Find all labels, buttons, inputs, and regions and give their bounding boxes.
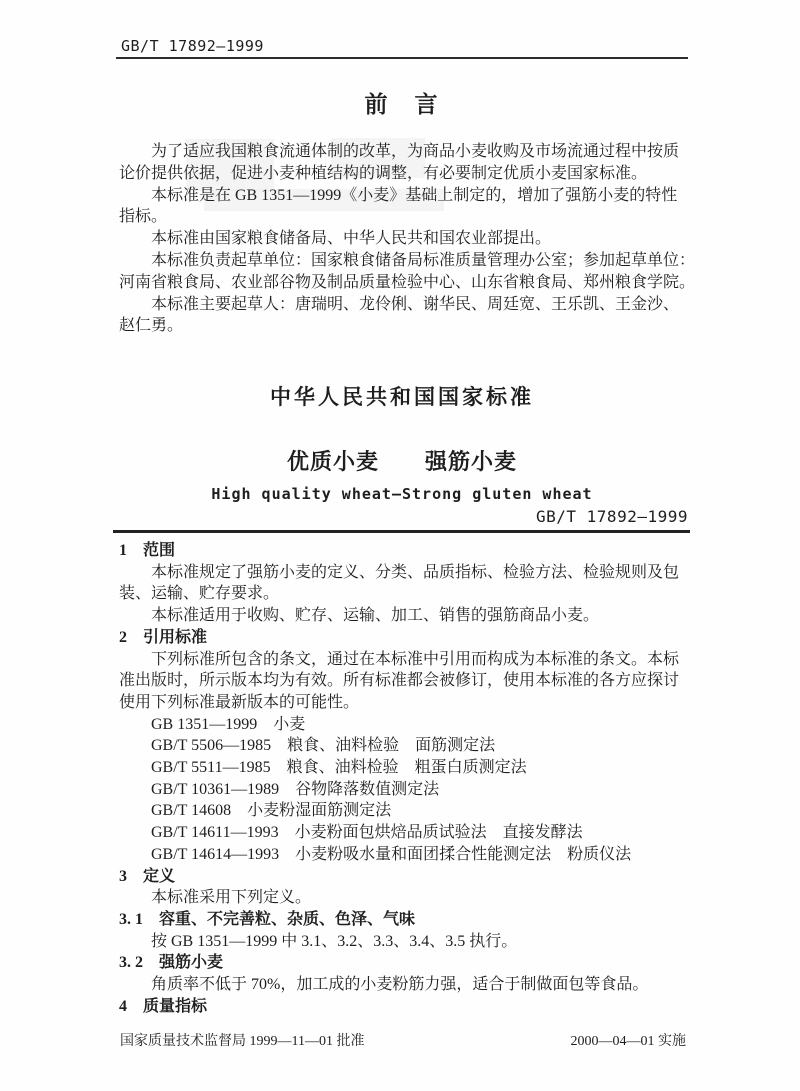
standard-title-en: High quality wheat—Strong gluten wheat [116, 485, 688, 503]
standard-code: GB/T 17892—1999 [536, 507, 688, 526]
text-line: 按 GB 1351—1999 中 3.1、3.2、3.3、3.4、3.5 执行。 [119, 931, 697, 953]
text-line: 指标。 [119, 206, 697, 228]
text-line: 本标准负责起草单位：国家粮食储备局标准质量管理办公室；参加起草单位： [119, 250, 697, 272]
text-line: 3. 1 容重、不完善粒、杂质、色泽、气味 [119, 909, 697, 931]
text-line: 2 引用标准 [119, 627, 697, 649]
text-line: 本标准适用于收购、贮存、运输、加工、销售的强筋商品小麦。 [119, 605, 697, 627]
text-line: 下列标准所包含的条文，通过在本标准中引用而构成为本标准的条文。本标 [119, 649, 697, 671]
text-line: 本标准由国家粮食储备局、中华人民共和国农业部提出。 [119, 228, 697, 250]
standard-title-cn: 优质小麦 强筋小麦 [116, 445, 688, 476]
text-line: 4 质量指标 [119, 996, 697, 1018]
document-page: GB/T 17892—1999 前 言 为了适应我国粮食流通体制的改革，为商品小… [0, 0, 800, 1091]
text-line: GB/T 14608 小麦粉湿面筋测定法 [119, 800, 697, 822]
text-line: 为了适应我国粮食流通体制的改革，为商品小麦收购及市场流通过程中按质 [119, 141, 697, 163]
text-line: 赵仁勇。 [119, 315, 697, 337]
text-line: 3. 2 强筋小麦 [119, 952, 697, 974]
standard-body-text: 1 范围本标准规定了强筋小麦的定义、分类、品质指标、检验方法、检验规则及包装、运… [119, 540, 697, 1017]
text-line: GB/T 14611—1993 小麦粉面包烘焙品质试验法 直接发酵法 [119, 822, 697, 844]
text-line: 装、运输、贮存要求。 [119, 583, 697, 605]
approval-note: 国家质量技术监督局 1999—11—01 批准 [120, 1030, 364, 1050]
text-line: 使用下列标准最新版本的可能性。 [119, 692, 697, 714]
text-line: 3 定义 [119, 866, 697, 888]
text-line: 本标准规定了强筋小麦的定义、分类、品质指标、检验方法、检验规则及包 [119, 562, 697, 584]
text-line: GB/T 10361—1989 谷物降落数值测定法 [119, 779, 697, 801]
text-line: 本标准主要起草人：唐瑞明、龙伶俐、谢华民、周廷宽、王乐凯、王金沙、 [119, 294, 697, 316]
foreword-text: 为了适应我国粮食流通体制的改革，为商品小麦收购及市场流通过程中按质论价提供依据，… [119, 141, 697, 337]
title-rule [113, 530, 690, 533]
text-line: 准出版时，所示版本均为有效。所有标准都会被修订，使用本标准的各方应探讨 [119, 670, 697, 692]
text-line: 1 范围 [119, 540, 697, 562]
foreword-title: 前 言 [116, 86, 688, 119]
text-line: 本标准采用下列定义。 [119, 887, 697, 909]
text-line: 本标准是在 GB 1351—1999《小麦》基础上制定的，增加了强筋小麦的特性 [119, 185, 697, 207]
text-line: 论价提供依据，促进小麦种植结构的调整，有必要制定优质小麦国家标准。 [119, 163, 697, 185]
header-rule [116, 57, 688, 59]
implementation-note: 2000—04—01 实施 [571, 1030, 687, 1050]
footer: 国家质量技术监督局 1999—11—01 批准 2000—04—01 实施 [120, 1030, 686, 1050]
text-line: GB/T 5506—1985 粮食、油料检验 面筋测定法 [119, 735, 697, 757]
text-line: GB/T 14614—1993 小麦粉吸水量和面团揉合性能测定法 粉质仪法 [119, 844, 697, 866]
text-line: 河南省粮食局、农业部谷物及制品质量检验中心、山东省粮食局、郑州粮食学院。 [119, 272, 697, 294]
text-line: GB/T 5511—1985 粮食、油料检验 粗蛋白质测定法 [119, 757, 697, 779]
text-line: 角质率不低于 70%，加工成的小麦粉筋力强，适合于制做面包等食品。 [119, 974, 697, 996]
text-line: GB 1351—1999 小麦 [119, 714, 697, 736]
standard-code-header: GB/T 17892—1999 [121, 37, 264, 55]
national-standard-heading: 中华人民共和国国家标准 [116, 381, 688, 411]
